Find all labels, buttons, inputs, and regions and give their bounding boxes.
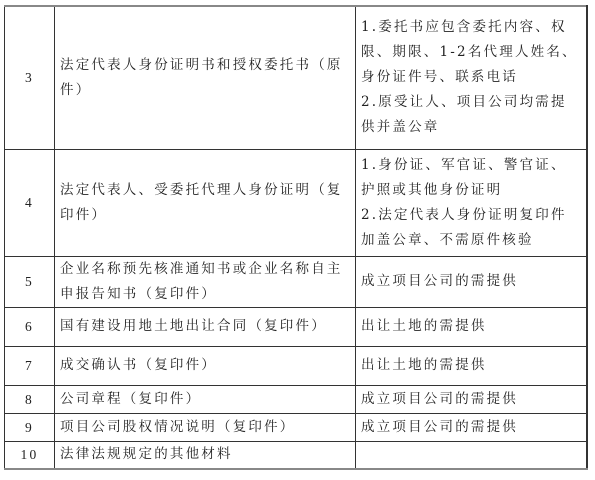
requirement-cell: 成立项目公司的需提供 (356, 385, 587, 413)
row-number: 7 (5, 346, 55, 385)
row-number: 5 (5, 256, 55, 307)
table-row: 7 成交确认书（复印件） 出让土地的需提供 (5, 346, 587, 385)
row-number: 4 (5, 149, 55, 256)
material-name: 公司章程（复印件） (55, 385, 356, 413)
table-row: 5 企业名称预先核准通知书或企业名称自主申报告知书（复印件） 成立项目公司的需提… (5, 256, 587, 307)
requirement-item: 2.原受让人、项目公司均需提供并盖公章 (361, 90, 581, 140)
material-name: 项目公司股权情况说明（复印件） (55, 413, 356, 441)
table-row: 3 法定代表人身份证明书和授权委托书（原件） 1.委托书应包含委托内容、权限、期… (5, 6, 587, 149)
material-name: 法律法规规定的其他材料 (55, 441, 356, 469)
table-row: 9 项目公司股权情况说明（复印件） 成立项目公司的需提供 (5, 413, 587, 441)
requirement-item: 2.法定代表人身份证明复印件加盖公章、不需原件核验 (361, 203, 581, 253)
requirement-cell: 出让土地的需提供 (356, 346, 587, 385)
row-number: 8 (5, 385, 55, 413)
table-row: 10 法律法规规定的其他材料 (5, 441, 587, 469)
requirement-item: 1.身份证、军官证、警官证、护照或其他身份证明 (361, 153, 581, 203)
table-row: 4 法定代表人、受委托代理人身份证明（复印件） 1.身份证、军官证、警官证、护照… (5, 149, 587, 256)
material-name: 成交确认书（复印件） (55, 346, 356, 385)
requirement-cell: 1.委托书应包含委托内容、权限、期限、1-2名代理人姓名、身份证件号、联系电话 … (356, 6, 587, 149)
material-name: 法定代表人、受委托代理人身份证明（复印件） (55, 149, 356, 256)
material-name: 企业名称预先核准通知书或企业名称自主申报告知书（复印件） (55, 256, 356, 307)
requirement-cell (356, 441, 587, 469)
table-row: 6 国有建设用地土地出让合同（复印件） 出让土地的需提供 (5, 307, 587, 346)
requirement-item: 1.委托书应包含委托内容、权限、期限、1-2名代理人姓名、身份证件号、联系电话 (361, 15, 581, 90)
row-number: 10 (5, 441, 55, 469)
material-name: 国有建设用地土地出让合同（复印件） (55, 307, 356, 346)
material-name: 法定代表人身份证明书和授权委托书（原件） (55, 6, 356, 149)
requirement-cell: 成立项目公司的需提供 (356, 413, 587, 441)
requirement-cell: 出让土地的需提供 (356, 307, 587, 346)
materials-table: 3 法定代表人身份证明书和授权委托书（原件） 1.委托书应包含委托内容、权限、期… (4, 5, 588, 470)
row-number: 3 (5, 6, 55, 149)
requirement-cell: 1.身份证、军官证、警官证、护照或其他身份证明 2.法定代表人身份证明复印件加盖… (356, 149, 587, 256)
row-number: 9 (5, 413, 55, 441)
row-number: 6 (5, 307, 55, 346)
requirement-cell: 成立项目公司的需提供 (356, 256, 587, 307)
table-row: 8 公司章程（复印件） 成立项目公司的需提供 (5, 385, 587, 413)
